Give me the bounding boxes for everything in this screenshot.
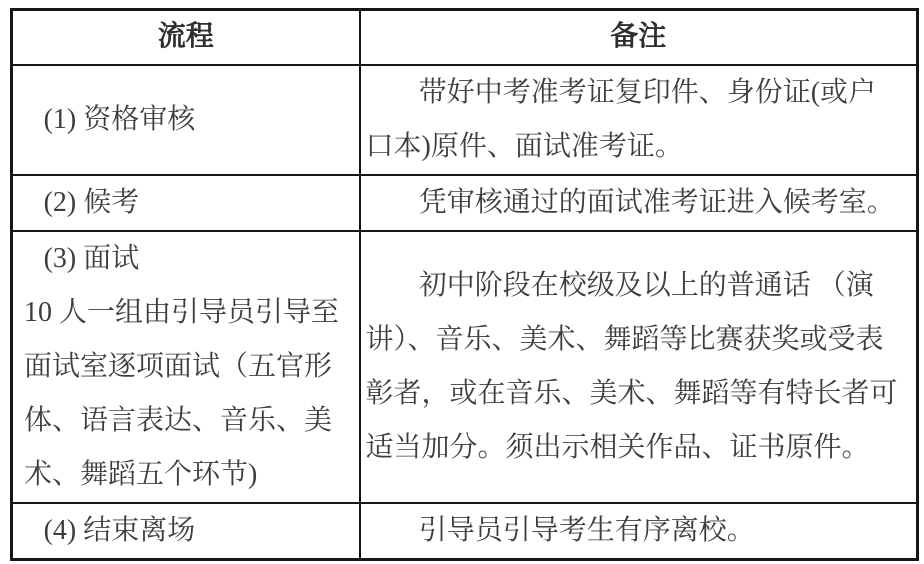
process-notes-table: 流程 备注 (1) 资格审核 带好中考准考证复印件、身份证(或户口本)原件、面试… xyxy=(10,8,919,561)
text-line: 术、舞蹈五个环节) xyxy=(24,448,355,502)
table-row-qualification-review: (1) 资格审核 带好中考准考证复印件、身份证(或户口本)原件、面试准考证。 xyxy=(12,65,918,175)
text-line: (3) 面试 xyxy=(24,232,355,286)
document-page: 流程 备注 (1) 资格审核 带好中考准考证复印件、身份证(或户口本)原件、面试… xyxy=(0,0,924,564)
table-row-waiting: (2) 候考 凭审核通过的面试准考证进入候考室。 xyxy=(12,175,918,231)
note-cell: 引导员引导考生有序离校。 xyxy=(360,503,918,560)
process-cell: (1) 资格审核 xyxy=(12,65,360,175)
note-cell: 初中阶段在校级及以上的普通话 （演讲）、音乐、美术、舞蹈等比赛获奖或受表彰者，或… xyxy=(360,231,918,503)
text-line: 初中阶段在校级及以上的普通话 （演 xyxy=(366,259,912,313)
process-cell: (4) 结束离场 xyxy=(12,503,360,560)
table-row-interview: (3) 面试10 人一组由引导员引导至面试室逐项面试（五官形体、语言表达、音乐、… xyxy=(12,231,918,503)
text-line: 凭审核通过的面试准考证进入候考室。 xyxy=(366,176,912,230)
note-cell: 带好中考准考证复印件、身份证(或户口本)原件、面试准考证。 xyxy=(360,65,918,175)
process-column-header: 流程 xyxy=(12,10,360,65)
text-line: (1) 资格审核 xyxy=(24,93,355,147)
text-line: (4) 结束离场 xyxy=(24,504,355,558)
text-line: 彰者，或在音乐、美术、舞蹈等有特长者可 xyxy=(366,367,912,421)
header-row: 流程 备注 xyxy=(12,10,918,65)
process-cell: (2) 候考 xyxy=(12,175,360,231)
note-cell: 凭审核通过的面试准考证进入候考室。 xyxy=(360,175,918,231)
process-cell: (3) 面试10 人一组由引导员引导至面试室逐项面试（五官形体、语言表达、音乐、… xyxy=(12,231,360,503)
text-line: 体、语言表达、音乐、美 xyxy=(24,394,355,448)
text-line: 引导员引导考生有序离校。 xyxy=(366,504,912,558)
text-line: 面试室逐项面试（五官形 xyxy=(24,340,355,394)
text-line: 讲）、音乐、美术、舞蹈等比赛获奖或受表 xyxy=(366,313,912,367)
text-line: 带好中考准考证复印件、身份证(或户 xyxy=(366,66,912,120)
text-line: (2) 候考 xyxy=(24,176,355,230)
text-line: 适当加分。须出示相关作品、证书原件。 xyxy=(366,421,912,475)
text-line: 10 人一组由引导员引导至 xyxy=(24,286,355,340)
notes-column-header: 备注 xyxy=(360,10,918,65)
text-line: 口本)原件、面试准考证。 xyxy=(366,120,912,174)
table-row-departure: (4) 结束离场 引导员引导考生有序离校。 xyxy=(12,503,918,560)
